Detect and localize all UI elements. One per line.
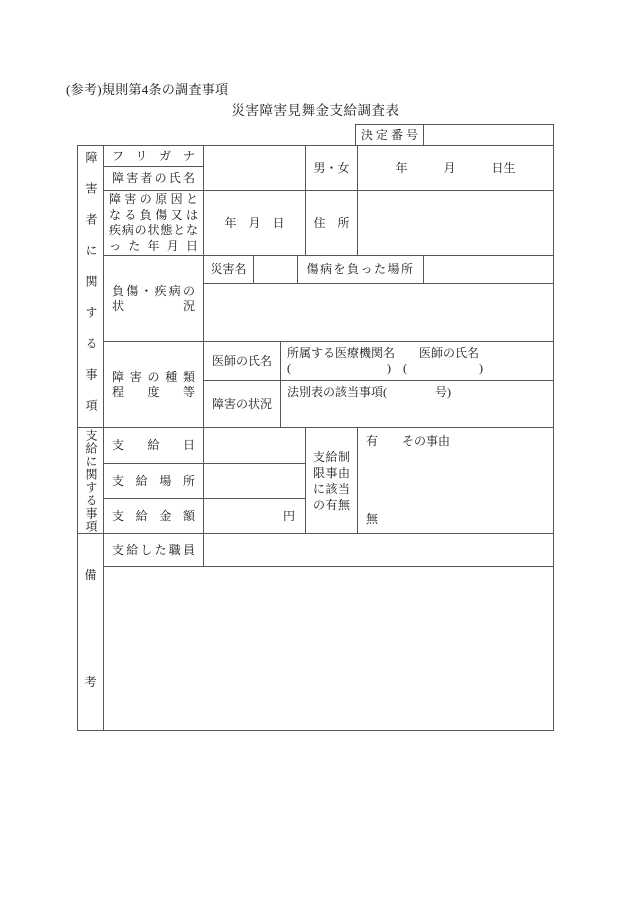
form-page: (参考)規則第4条の調査事項 災害障害見舞金支給調査表 決定番号 障害者に関する… [0, 0, 630, 903]
decision-number-value-cell [423, 124, 554, 146]
payment-place-value-cell [203, 463, 306, 499]
payment-place-label-cell: 支給場所 [103, 463, 204, 499]
name-label: 障害者の氏名 [104, 171, 203, 186]
cause-label-line2: なる負傷又は [104, 208, 203, 224]
disability-type-label-line1: 障害の種類 [104, 370, 203, 385]
furigana-label: フリガナ [104, 149, 203, 164]
cause-label-line4: った年月日 [104, 239, 203, 255]
payment-date-value-cell [203, 427, 306, 464]
decision-number-label: 決定番号 [356, 128, 423, 143]
furigana-label-cell: フリガナ [103, 145, 204, 167]
disability-type-label-line2: 程度等 [104, 385, 203, 400]
payment-amount-label: 支給金額 [104, 509, 203, 524]
disaster-name-value-cell [253, 255, 298, 284]
name-value-cell [203, 145, 306, 191]
remarks-label-bottom: 考 [84, 675, 96, 690]
survey-form-table: 決定番号 障害者に関する事項 フリガナ 障害者の氏名 男・女 年 月 日生 障害… [77, 124, 554, 731]
disability-section-cell: 障害者に関する事項 [77, 145, 104, 428]
doctor-affiliation-line: 所属する医療機関名 医師の氏名 [287, 346, 479, 361]
injury-place-label-cell: 傷病を負った場所 [297, 255, 424, 284]
paid-staff-label: 支給した職員 [104, 543, 203, 558]
address-label-cell: 住 所 [305, 190, 358, 256]
yen-unit-label: 円 [283, 509, 295, 524]
payment-amount-value-cell: 円 [203, 498, 306, 534]
disability-section-label: 障害者に関する事項 [83, 143, 98, 430]
address-value-cell [357, 190, 554, 256]
birthdate-label: 年 月 日生 [358, 161, 553, 176]
restriction-no-label: 無 [366, 512, 378, 527]
restriction-label-cell: 支給制 限事由 に該当 の有無 [305, 427, 358, 534]
restriction-label-line1: 支給制 [306, 449, 357, 465]
cause-date-label: 年 月 日 [204, 216, 305, 231]
paid-staff-value-cell [203, 533, 554, 567]
injury-status-label-cell: 負傷・疾病の 状況 [103, 255, 204, 342]
injury-status-value-cell [203, 283, 554, 342]
restriction-label-line4: の有無 [306, 497, 357, 513]
remarks-label-top: 備 [84, 568, 96, 583]
payment-date-label-cell: 支給日 [103, 427, 204, 464]
injury-status-label-line2: 状況 [104, 299, 203, 314]
restriction-yes-label: 有 その事由 [366, 434, 450, 449]
payment-date-label: 支給日 [104, 438, 203, 453]
disability-status-label: 障害の状況 [204, 397, 280, 412]
payment-amount-label-cell: 支給金額 [103, 498, 204, 534]
restriction-label-line2: 限事由 [306, 465, 357, 481]
doctor-name-label: 医師の氏名 [204, 354, 280, 369]
injury-status-label-line1: 負傷・疾病の [104, 284, 203, 299]
cause-label-cell: 障害の原因と なる負傷又は 疾病の状態とな った年月日 [103, 190, 204, 256]
disaster-name-label: 災害名 [204, 262, 253, 277]
cause-label-line1: 障害の原因と [104, 192, 203, 208]
name-label-cell: 障害者の氏名 [103, 166, 204, 191]
disability-type-label-cell: 障害の種類 程度等 [103, 341, 204, 428]
cause-label-line3: 疾病の状態とな [104, 223, 203, 239]
birthdate-cell: 年 月 日生 [357, 145, 554, 191]
payment-section-cell: 支給に関する事項 [77, 427, 104, 534]
sex-label: 男・女 [306, 161, 357, 176]
doctor-name-value-cell: 所属する医療機関名 医師の氏名 ( ) ( ) [280, 341, 554, 381]
cause-date-cell: 年 月 日 [203, 190, 306, 256]
reference-note: (参考)規則第4条の調査事項 [66, 79, 228, 98]
legal-schedule-item: 法別表の該当事項( 号) [287, 385, 451, 400]
sex-cell: 男・女 [305, 145, 358, 191]
injury-place-value-cell [423, 255, 554, 284]
remarks-value-cell [103, 566, 554, 731]
payment-section-label: 支給に関する事項 [83, 429, 98, 533]
disability-status-value-cell: 法別表の該当事項( 号) [280, 380, 554, 428]
doctor-paren-line: ( ) ( ) [287, 361, 483, 376]
address-label: 住 所 [306, 216, 357, 231]
disaster-name-label-cell: 災害名 [203, 255, 254, 284]
paid-staff-label-cell: 支給した職員 [103, 533, 204, 567]
payment-place-label: 支給場所 [104, 474, 203, 489]
doctor-name-label-cell: 医師の氏名 [203, 341, 281, 381]
restriction-value-cell: 有 その事由 無 [357, 427, 554, 534]
restriction-label-line3: に該当 [306, 481, 357, 497]
form-title: 災害障害見舞金支給調査表 [77, 99, 554, 119]
disability-status-label-cell: 障害の状況 [203, 380, 281, 428]
remarks-label-cell: 備 考 [77, 533, 104, 731]
decision-number-label-cell: 決定番号 [355, 124, 424, 146]
injury-place-label: 傷病を負った場所 [298, 262, 423, 277]
